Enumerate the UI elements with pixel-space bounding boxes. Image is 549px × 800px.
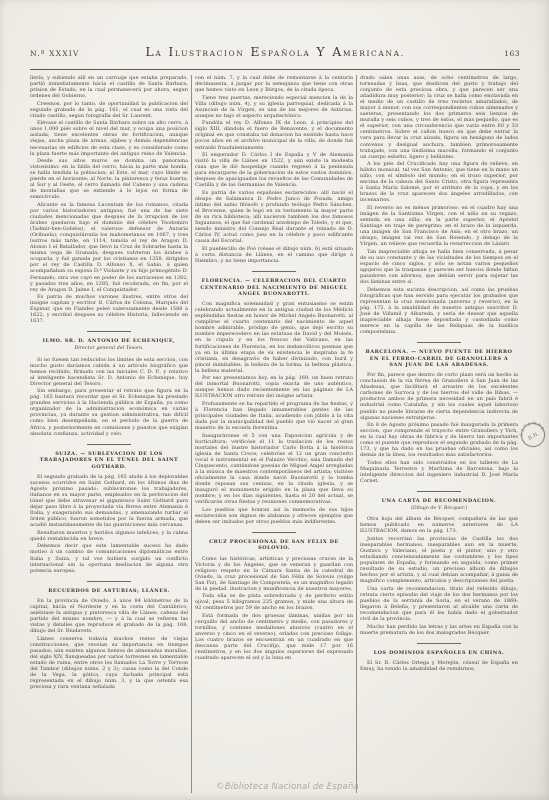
section-heading: Barcelona. — Nuevo puente de hierro en e… xyxy=(365,349,513,369)
masthead-word: Ilustracion xyxy=(168,44,244,59)
masthead-word: Española xyxy=(250,44,310,59)
paragraph: Es patria de varios españoles esclarecid… xyxy=(195,190,353,244)
section-rule xyxy=(417,491,461,492)
scanned-page: N.º XXXIV LaIlustracionEspañolayAmerican… xyxy=(0,0,549,800)
masthead-word: Americana. xyxy=(332,44,404,59)
paragraph: En 8 de Agosto próximo pasado fué inaugu… xyxy=(360,422,518,458)
section-rule xyxy=(252,532,296,533)
column-divider xyxy=(191,75,192,793)
text-columns: llería, y subiendo allí en un carruaje q… xyxy=(30,75,520,800)
column-divider xyxy=(356,75,357,793)
section-rule xyxy=(87,444,131,445)
paragraph: Otra hoja del álbum de Bécquer, compañer… xyxy=(360,516,518,534)
paragraph: Elévase el castillo de Santa Bárbara sob… xyxy=(30,120,188,156)
page-header: N.º XXXIV LaIlustracionEspañolayAmerican… xyxy=(30,26,520,64)
section-rule xyxy=(417,643,461,644)
paragraph: Con magnífica solemnidad y gran entusias… xyxy=(195,301,353,374)
paragraph: Alicante es la famosa Lucentum de los ro… xyxy=(30,202,188,293)
section-heading: Ilmo. Sr. D. Antonio de Echenique, xyxy=(35,338,183,345)
section-rule xyxy=(87,331,131,332)
paragraph: Fundóla el rey D. Alfonso IX de Leon, á … xyxy=(195,120,353,150)
section-heading: Recuerdos de Asturias; Llánes. xyxy=(35,588,183,595)
paragraph: El reverso no es ménos primoroso: en el … xyxy=(360,205,518,247)
masthead-title: LaIlustracionEspañolayAmericana. xyxy=(110,26,440,64)
column-1: llería, y subiendo allí en un carruaje q… xyxy=(30,75,188,800)
issue-number: N.º XXXIV xyxy=(30,49,110,58)
paragraph: Desde sus altos muros se domina un panor… xyxy=(30,158,188,200)
masthead-word: La xyxy=(145,44,162,59)
section-heading: Cruz procesional de San Félix de Solovio… xyxy=(200,539,348,552)
section-heading: Suiza. — Sublevacion de los trabajadores… xyxy=(35,451,183,471)
paragraph: El Sr. D. Cárlos Ortega y Morejón, cónsu… xyxy=(360,660,518,672)
column-3: drado salen unas asas, de ocho centímetr… xyxy=(360,75,518,800)
paragraph: Debemos esta sucinta descripcion, así co… xyxy=(360,287,518,335)
column-2: con el núm. 7, y la cual debe de remonta… xyxy=(195,75,353,800)
paragraph: Creemos, por lo tanto, de oportunidad la… xyxy=(30,101,188,119)
section-rule xyxy=(252,271,296,272)
paragraph: llería, y subiendo allí en un carruaje q… xyxy=(30,75,188,99)
stamp-center-text: B.N. xyxy=(527,431,540,442)
paragraph: Una carta de recomendacion, título del r… xyxy=(360,586,518,622)
paragraph: Por fin, parece que dentro de corto plaz… xyxy=(360,372,518,420)
paragraph: El emperador D. Cárlos I de España y V d… xyxy=(195,152,353,188)
paragraph: Si no fuesen tan reducidos los límites d… xyxy=(30,357,188,387)
section-heading: Florencia. — Celebracion del cuarto cent… xyxy=(200,278,348,298)
page-number: 163 xyxy=(440,49,520,58)
paragraph: drado salen unas asas, de ocho centímetr… xyxy=(360,75,518,160)
section-rule xyxy=(87,581,131,582)
header-rule xyxy=(30,69,520,70)
copyright-watermark: ©Biblioteca Nacional de España xyxy=(216,782,359,792)
paragraph: Juntos recorrían las provincias de Casti… xyxy=(360,536,518,584)
paragraph: Inauguráronse el 5 con una Exposicion ag… xyxy=(195,433,353,506)
paragraph: Toda ella es de plata sobredorada y de p… xyxy=(195,593,353,611)
paragraph: A los piés del Crucificado hay una figur… xyxy=(360,161,518,203)
section-rule xyxy=(417,342,461,343)
paragraph: Llánes conserva todavía muchos restos de… xyxy=(30,636,188,690)
paragraph: Los pueblos que honran así la memoria de… xyxy=(195,507,353,525)
paragraph: Está formada de dos gruesas láminas, uni… xyxy=(195,613,353,661)
paragraph: El segundo grabado de la pág. 165 alude … xyxy=(30,474,188,528)
paragraph: Por eso presentamos hoy, en la pág. 169,… xyxy=(195,375,353,399)
section-subheading: (Dibujo de V. Bécquer.) xyxy=(360,506,518,512)
section-heading: Una carta de recomendacion. xyxy=(365,498,513,505)
paragraph: Profusamente se ha repartido el programa… xyxy=(195,401,353,431)
paragraph: con el núm. 7, y la cual debe de remonta… xyxy=(195,75,353,93)
paragraph: Sin embargo, para presentar el retrato q… xyxy=(30,388,188,436)
paragraph: Mucho han perdido las letras y las artes… xyxy=(360,624,518,636)
paragraph: Es patria de muchos varones ilustres, en… xyxy=(30,294,188,324)
paragraph: Tiene tres puertas, mereciendo especial … xyxy=(195,95,353,119)
masthead-word: y xyxy=(316,44,326,59)
paragraph: Tan inapreciable alhaja se halla bien co… xyxy=(360,249,518,285)
section-heading: Los dominios españoles en China. xyxy=(365,650,513,657)
paragraph: Debemos decir que este lamentable suceso… xyxy=(30,543,188,573)
paragraph: Todos ellos han sido construidos en los … xyxy=(360,460,518,484)
paragraph: Resultaron muertos y heridos algunos inf… xyxy=(30,530,188,542)
paragraph: En la provincia de Oviedo, á unos 84 kil… xyxy=(30,598,188,634)
paragraph: Como las históricas, artísticas y precio… xyxy=(195,556,353,592)
paragraph: El pueblecillo de Poó (véase el dibujo n… xyxy=(195,246,353,264)
section-subheading: Director general del Tesoro. xyxy=(30,346,188,352)
